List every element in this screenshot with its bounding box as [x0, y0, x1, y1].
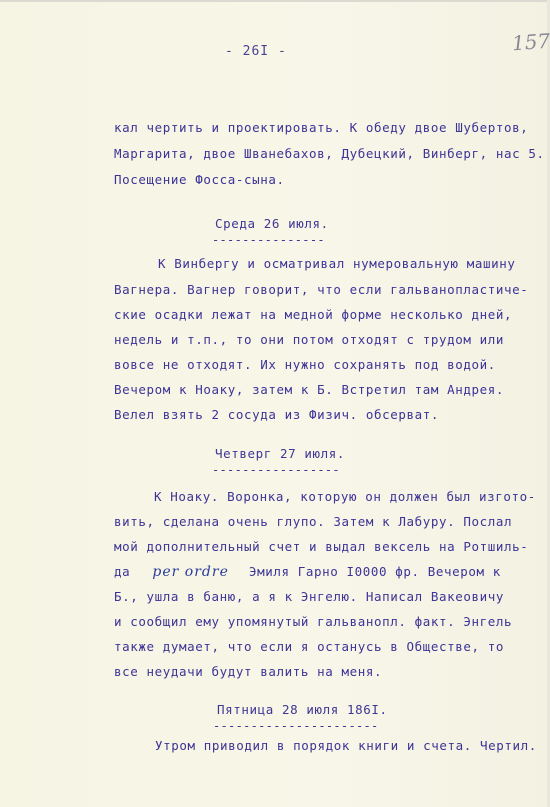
- scanned-page: - 26I - 157 кал чертить и проектировать.…: [0, 0, 550, 807]
- entry-heading: Среда 26 июля.: [215, 216, 329, 231]
- entry-heading: Пятница 28 июля 186I.: [217, 702, 388, 717]
- text-line: Маргарита, двое Шванебахов, Дубецкий, Ви…: [114, 146, 545, 161]
- heading-underline: ----------------------: [213, 722, 379, 730]
- text-line: Б., ушла в баню, а я к Энгелю. Написал В…: [114, 589, 504, 604]
- text-fragment: да: [114, 564, 130, 579]
- text-fragment: Эмиля Гарно I0000 фр. Вечером к: [249, 564, 501, 579]
- text-line: все неудачи будут валить на меня.: [114, 664, 382, 679]
- text-line: недель и т.п., то они потом отходят с тр…: [114, 332, 504, 347]
- text-line: также думает, что если я останусь в Обще…: [114, 639, 504, 654]
- text-line: вовсе не отходят. Их нужно сохранять под…: [114, 357, 496, 372]
- text-line-with-insert: да per ordre Эмиля Гарно I0000 фр. Вечер…: [114, 564, 501, 580]
- text-line: вить, сделана очень глупо. Затем к Лабур…: [114, 514, 512, 529]
- text-line: К Ноаку. Воронка, которую он должен был …: [154, 489, 536, 504]
- heading-underline: ---------------: [212, 236, 325, 244]
- handwritten-insert: per ordre: [152, 564, 228, 580]
- heading-underline: -----------------: [212, 466, 340, 474]
- text-line: кал чертить и проектировать. К обеду дво…: [114, 120, 528, 135]
- page-number: - 26I -: [225, 44, 287, 59]
- entry-heading: Четверг 27 июля.: [215, 446, 345, 461]
- text-line: Посещение Фосса-сына.: [114, 172, 285, 187]
- text-line: Утром приводил в порядок книги и счета. …: [155, 738, 537, 753]
- text-line: ские осадки лежат на медной форме нескол…: [114, 307, 512, 322]
- text-line: Вечером к Ноаку, затем к Б. Встретил там…: [114, 382, 504, 397]
- text-line: мой дополнительный счет и выдал вексель …: [114, 539, 528, 554]
- page-edge-top: [0, 0, 550, 2]
- text-line: Вагнера. Вагнер говорит, что если гальва…: [114, 282, 528, 297]
- text-line: К Винбергу и осматривал нумеровальную ма…: [158, 256, 516, 271]
- archive-folio-number: 157: [511, 29, 550, 56]
- text-line: и сообщил ему упомянутый гальванопл. фак…: [114, 614, 512, 629]
- text-line: Велел взять 2 сосуда из Физич. обсерват.: [114, 407, 439, 422]
